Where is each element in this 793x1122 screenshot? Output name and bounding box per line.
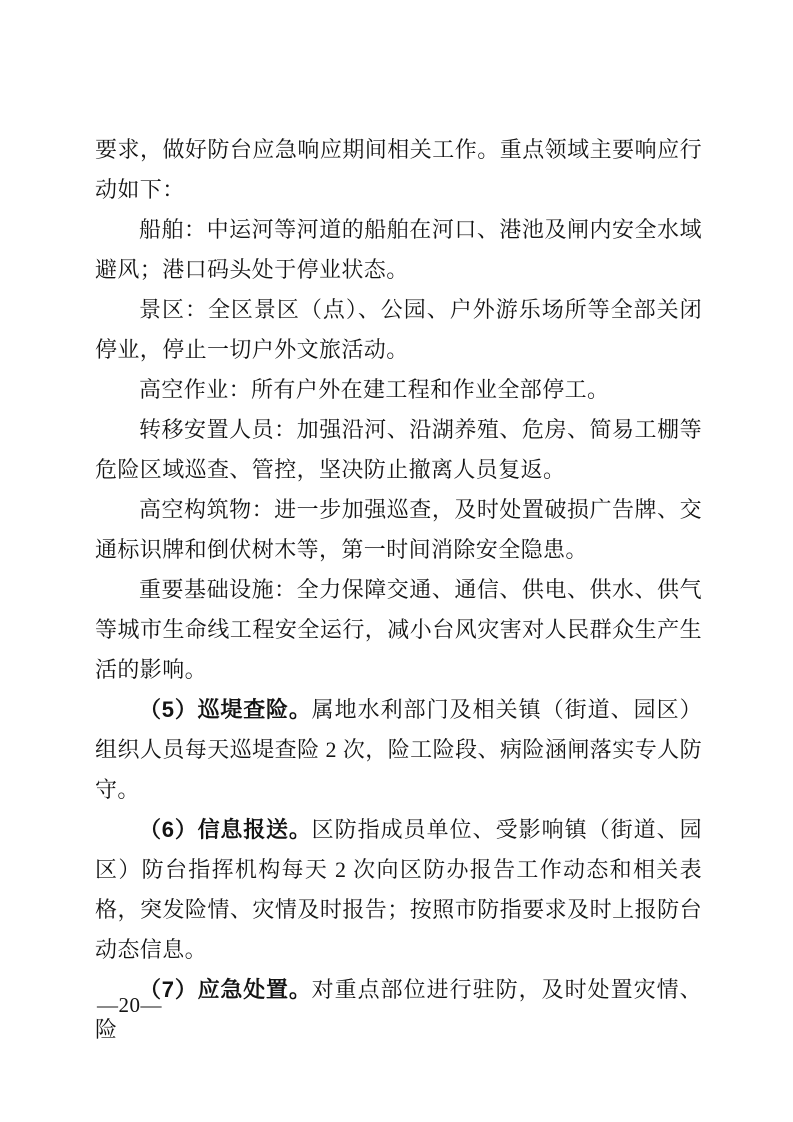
paragraph-relocation: 转移安置人员：加强沿河、沿湖养殖、危房、简易工棚等危险区域巡查、管控，坚决防止撤…	[95, 410, 702, 490]
paragraph-scenic-areas: 景区：全区景区（点）、公园、户外游乐场所等全部关闭停业，停止一切户外文旅活动。	[95, 290, 702, 370]
item-7-heading: （7）应急处置。	[139, 977, 312, 1002]
page-number: —20—	[97, 992, 162, 1018]
item-5-heading: （5）巡堤查险。	[139, 697, 312, 722]
paragraph-aerial-work: 高空作业：所有户外在建工程和作业全部停工。	[95, 370, 702, 410]
paragraph-high-structures: 高空构筑物：进一步加强巡查，及时处置破损广告牌、交通标识牌和倒伏树木等，第一时间…	[95, 490, 702, 570]
paragraph-text: 船舶：中运河等河道的船舶在河口、港池及闸内安全水域避风；港口码头处于停业状态。	[95, 217, 702, 282]
paragraph-text: 景区：全区景区（点）、公园、户外游乐场所等全部关闭停业，停止一切户外文旅活动。	[95, 297, 702, 362]
item-6-heading: （6）信息报送。	[139, 817, 312, 842]
paragraph-item-6-information-reporting: （6）信息报送。区防指成员单位、受影响镇（街道、园区）防台指挥机构每天 2 次向…	[95, 810, 702, 970]
paragraph-continuation: 要求，做好防台应急响应期间相关工作。重点领域主要响应行动如下：	[95, 130, 702, 210]
document-page: 要求，做好防台应急响应期间相关工作。重点领域主要响应行动如下： 船舶：中运河等河…	[0, 0, 793, 1122]
paragraph-text: 重要基础设施：全力保障交通、通信、供电、供水、供气等城市生命线工程安全运行，减小…	[95, 577, 702, 682]
document-body: 要求，做好防台应急响应期间相关工作。重点领域主要响应行动如下： 船舶：中运河等河…	[95, 130, 702, 1050]
paragraph-infrastructure: 重要基础设施：全力保障交通、通信、供电、供水、供气等城市生命线工程安全运行，减小…	[95, 570, 702, 690]
paragraph-item-7-emergency-response: （7）应急处置。对重点部位进行驻防，及时处置灾情、险	[95, 970, 702, 1050]
paragraph-text: 高空作业：所有户外在建工程和作业全部停工。	[139, 377, 609, 402]
paragraph-text: 高空构筑物：进一步加强巡查，及时处置破损广告牌、交通标识牌和倒伏树木等，第一时间…	[95, 497, 702, 562]
paragraph-text: 转移安置人员：加强沿河、沿湖养殖、危房、简易工棚等危险区域巡查、管控，坚决防止撤…	[95, 417, 702, 482]
paragraph-item-5-dike-patrol: （5）巡堤查险。属地水利部门及相关镇（街道、园区）组织人员每天巡堤查险 2 次，…	[95, 690, 702, 810]
paragraph-text: 要求，做好防台应急响应期间相关工作。重点领域主要响应行动如下：	[95, 137, 702, 202]
paragraph-ships: 船舶：中运河等河道的船舶在河口、港池及闸内安全水域避风；港口码头处于停业状态。	[95, 210, 702, 290]
